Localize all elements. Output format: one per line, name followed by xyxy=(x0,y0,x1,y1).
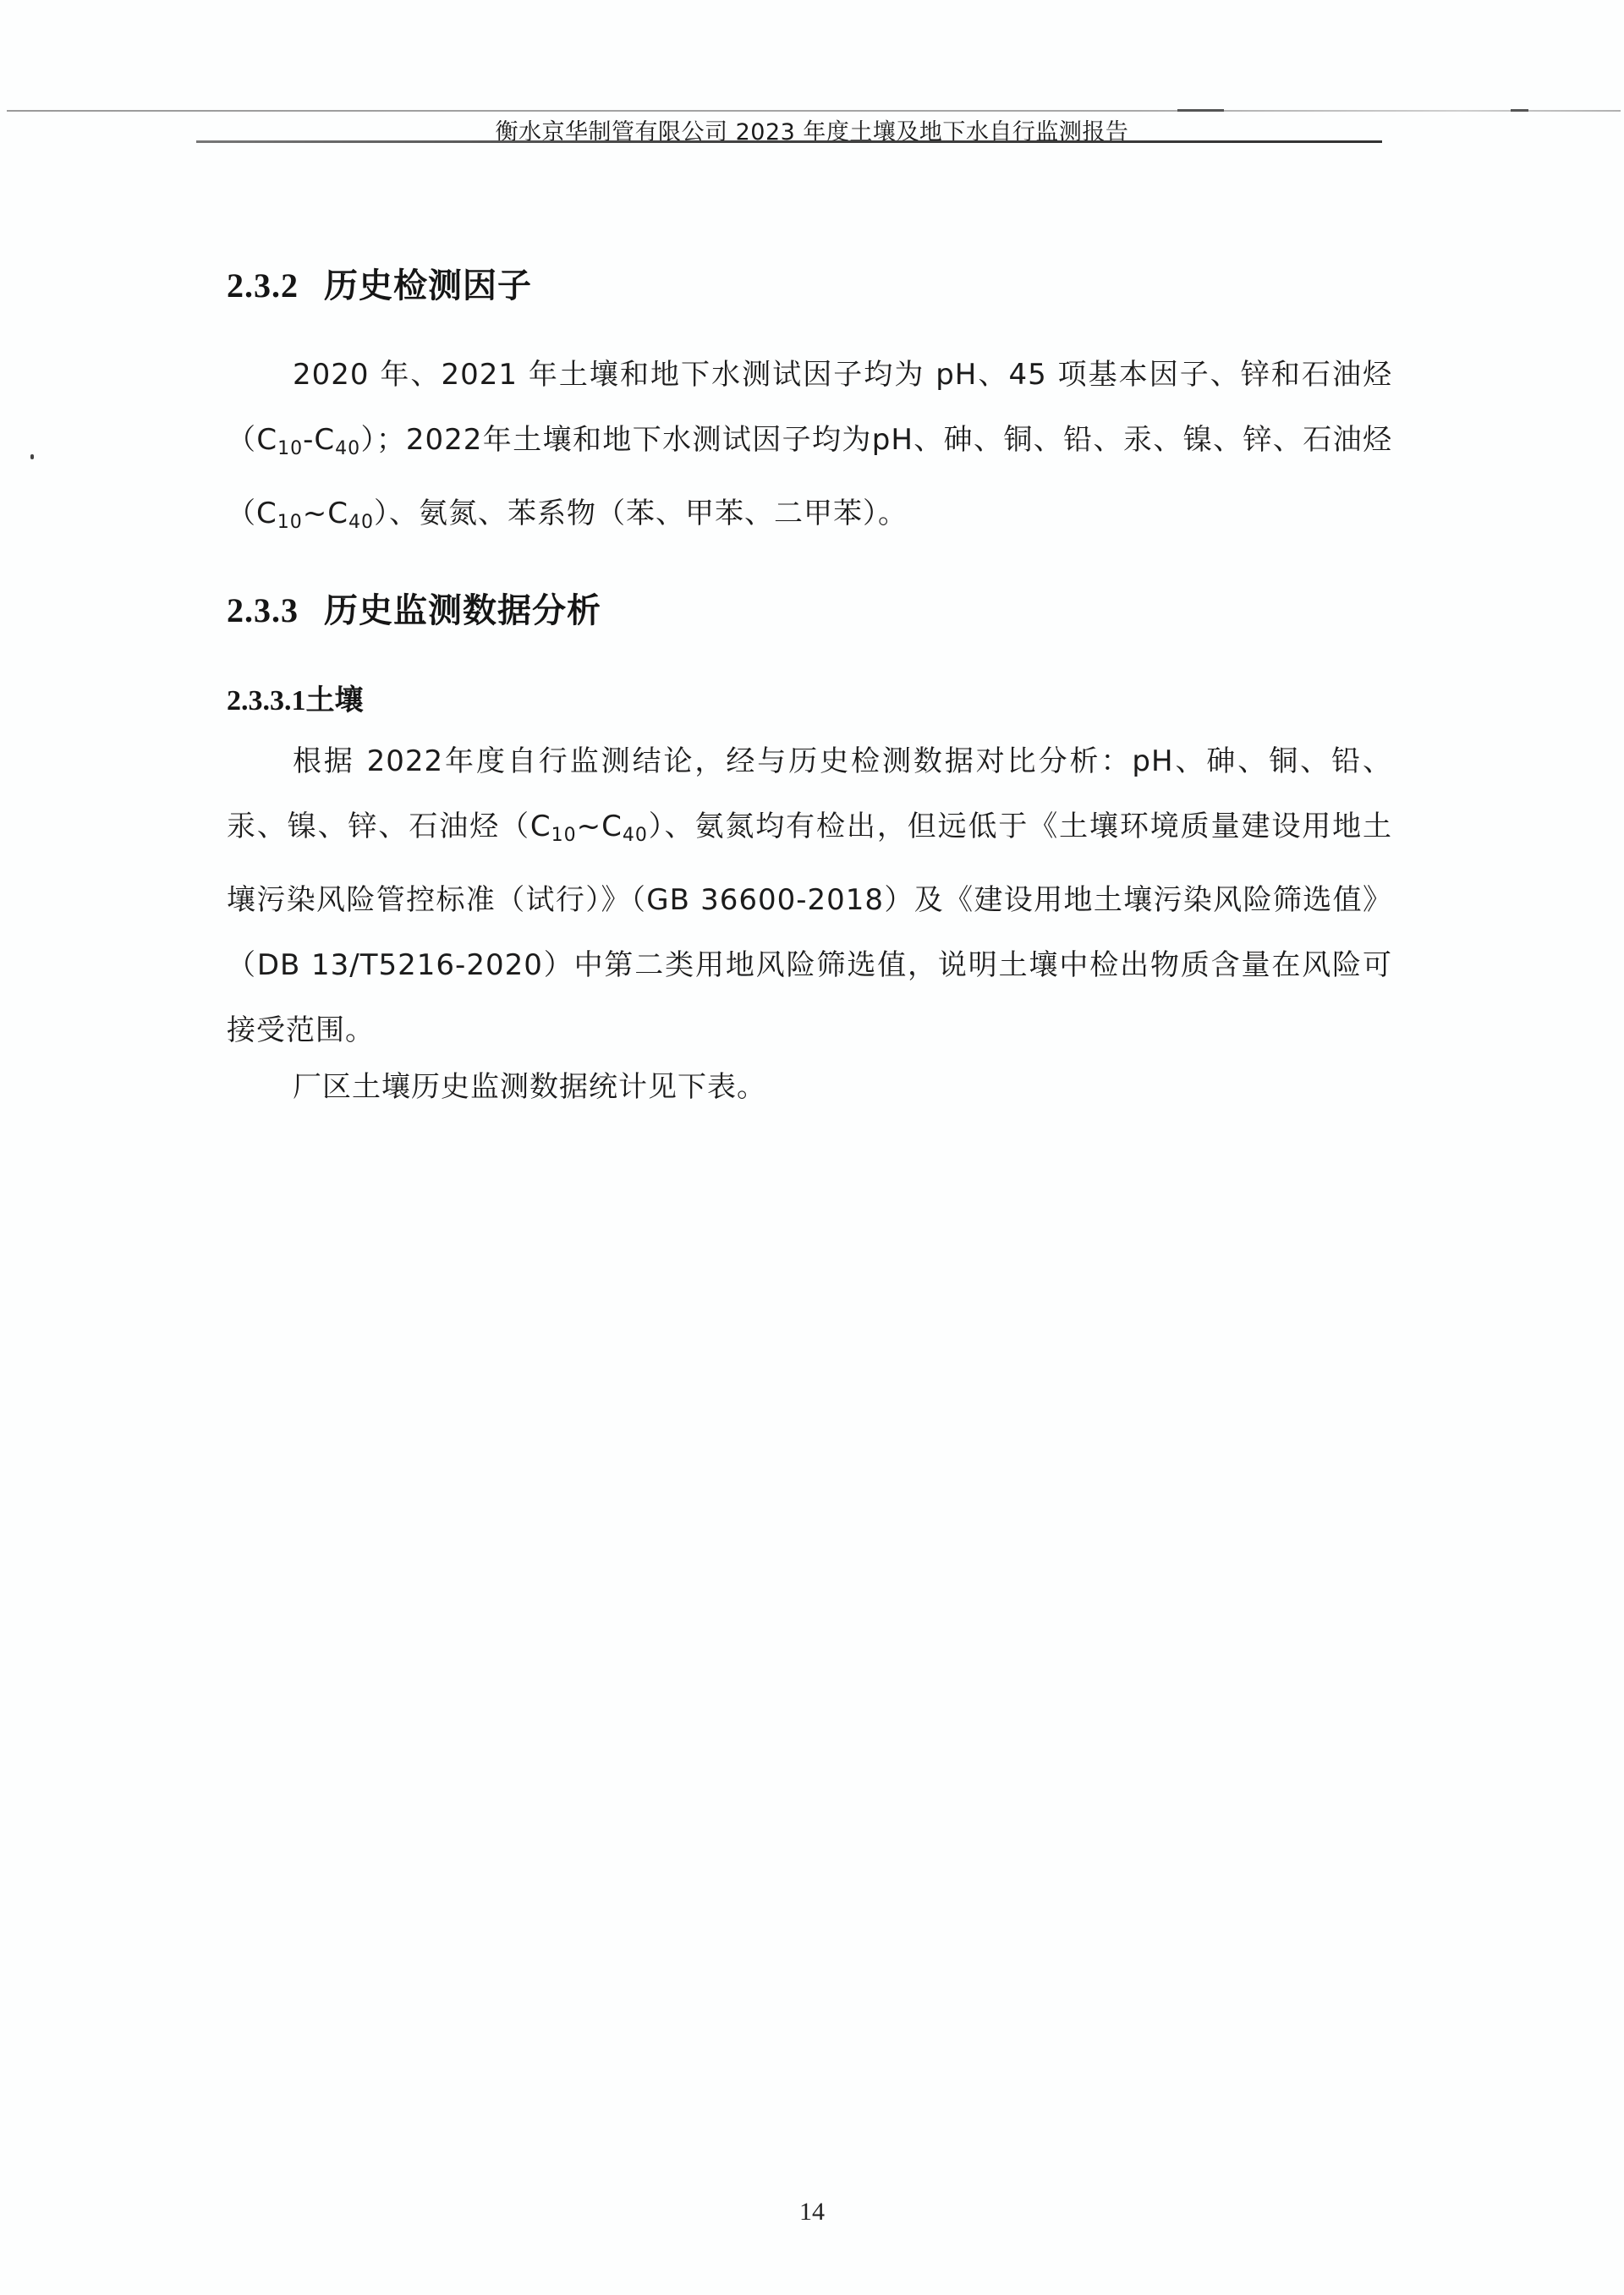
page-number: 14 xyxy=(0,2198,1624,2226)
text-run: -C xyxy=(303,423,335,457)
section-title: 历史监测数据分析 xyxy=(324,590,601,630)
scan-mark xyxy=(1177,109,1224,112)
text-run: ）、氨氮均有检出，但远低于《土壤环境质量建设用地土壤污染风险管控标准（试行）》（… xyxy=(227,810,1392,1047)
text-run: ~C xyxy=(577,810,623,843)
scan-mark xyxy=(1511,109,1528,112)
subscript: 10 xyxy=(277,512,303,533)
subsection-number: 2.3.3.1 xyxy=(227,685,306,717)
subscript: 40 xyxy=(623,825,648,846)
text-run: ）、氨氮、苯系物（苯、甲苯、二甲苯）。 xyxy=(374,497,908,530)
subscript: 10 xyxy=(277,438,303,459)
paragraph-soil-analysis: 根据 2022年度自行监测结论，经与历史检测数据对比分析：pH、砷、铜、铅、汞、… xyxy=(227,729,1392,1063)
section-number: 2.3.3 xyxy=(227,590,299,630)
text-run: 厂区土壤历史监测数据统计见下表。 xyxy=(293,1070,766,1104)
subsection-title: 土壤 xyxy=(306,684,364,717)
subscript: 40 xyxy=(335,438,360,459)
paragraph-test-factors: 2020 年、2021 年土壤和地下水测试因子均为 pH、45 项基本因子、锌和… xyxy=(227,343,1392,555)
header-rule xyxy=(196,140,1382,143)
scan-speck xyxy=(30,454,34,459)
paragraph-table-reference: 厂区土壤历史监测数据统计见下表。 xyxy=(227,1055,1392,1120)
scan-edge-line xyxy=(7,110,1621,112)
text-run: ~C xyxy=(303,497,348,530)
subscript: 10 xyxy=(551,825,577,846)
section-title: 历史检测因子 xyxy=(324,266,532,305)
section-number: 2.3.2 xyxy=(227,266,299,305)
subsection-heading-2-3-3-1: 2.3.3.1土壤 xyxy=(227,677,364,718)
subscript: 40 xyxy=(348,512,374,533)
section-heading-2-3-3: 2.3.3历史监测数据分析 xyxy=(227,584,601,632)
section-heading-2-3-2: 2.3.2历史检测因子 xyxy=(227,259,532,307)
